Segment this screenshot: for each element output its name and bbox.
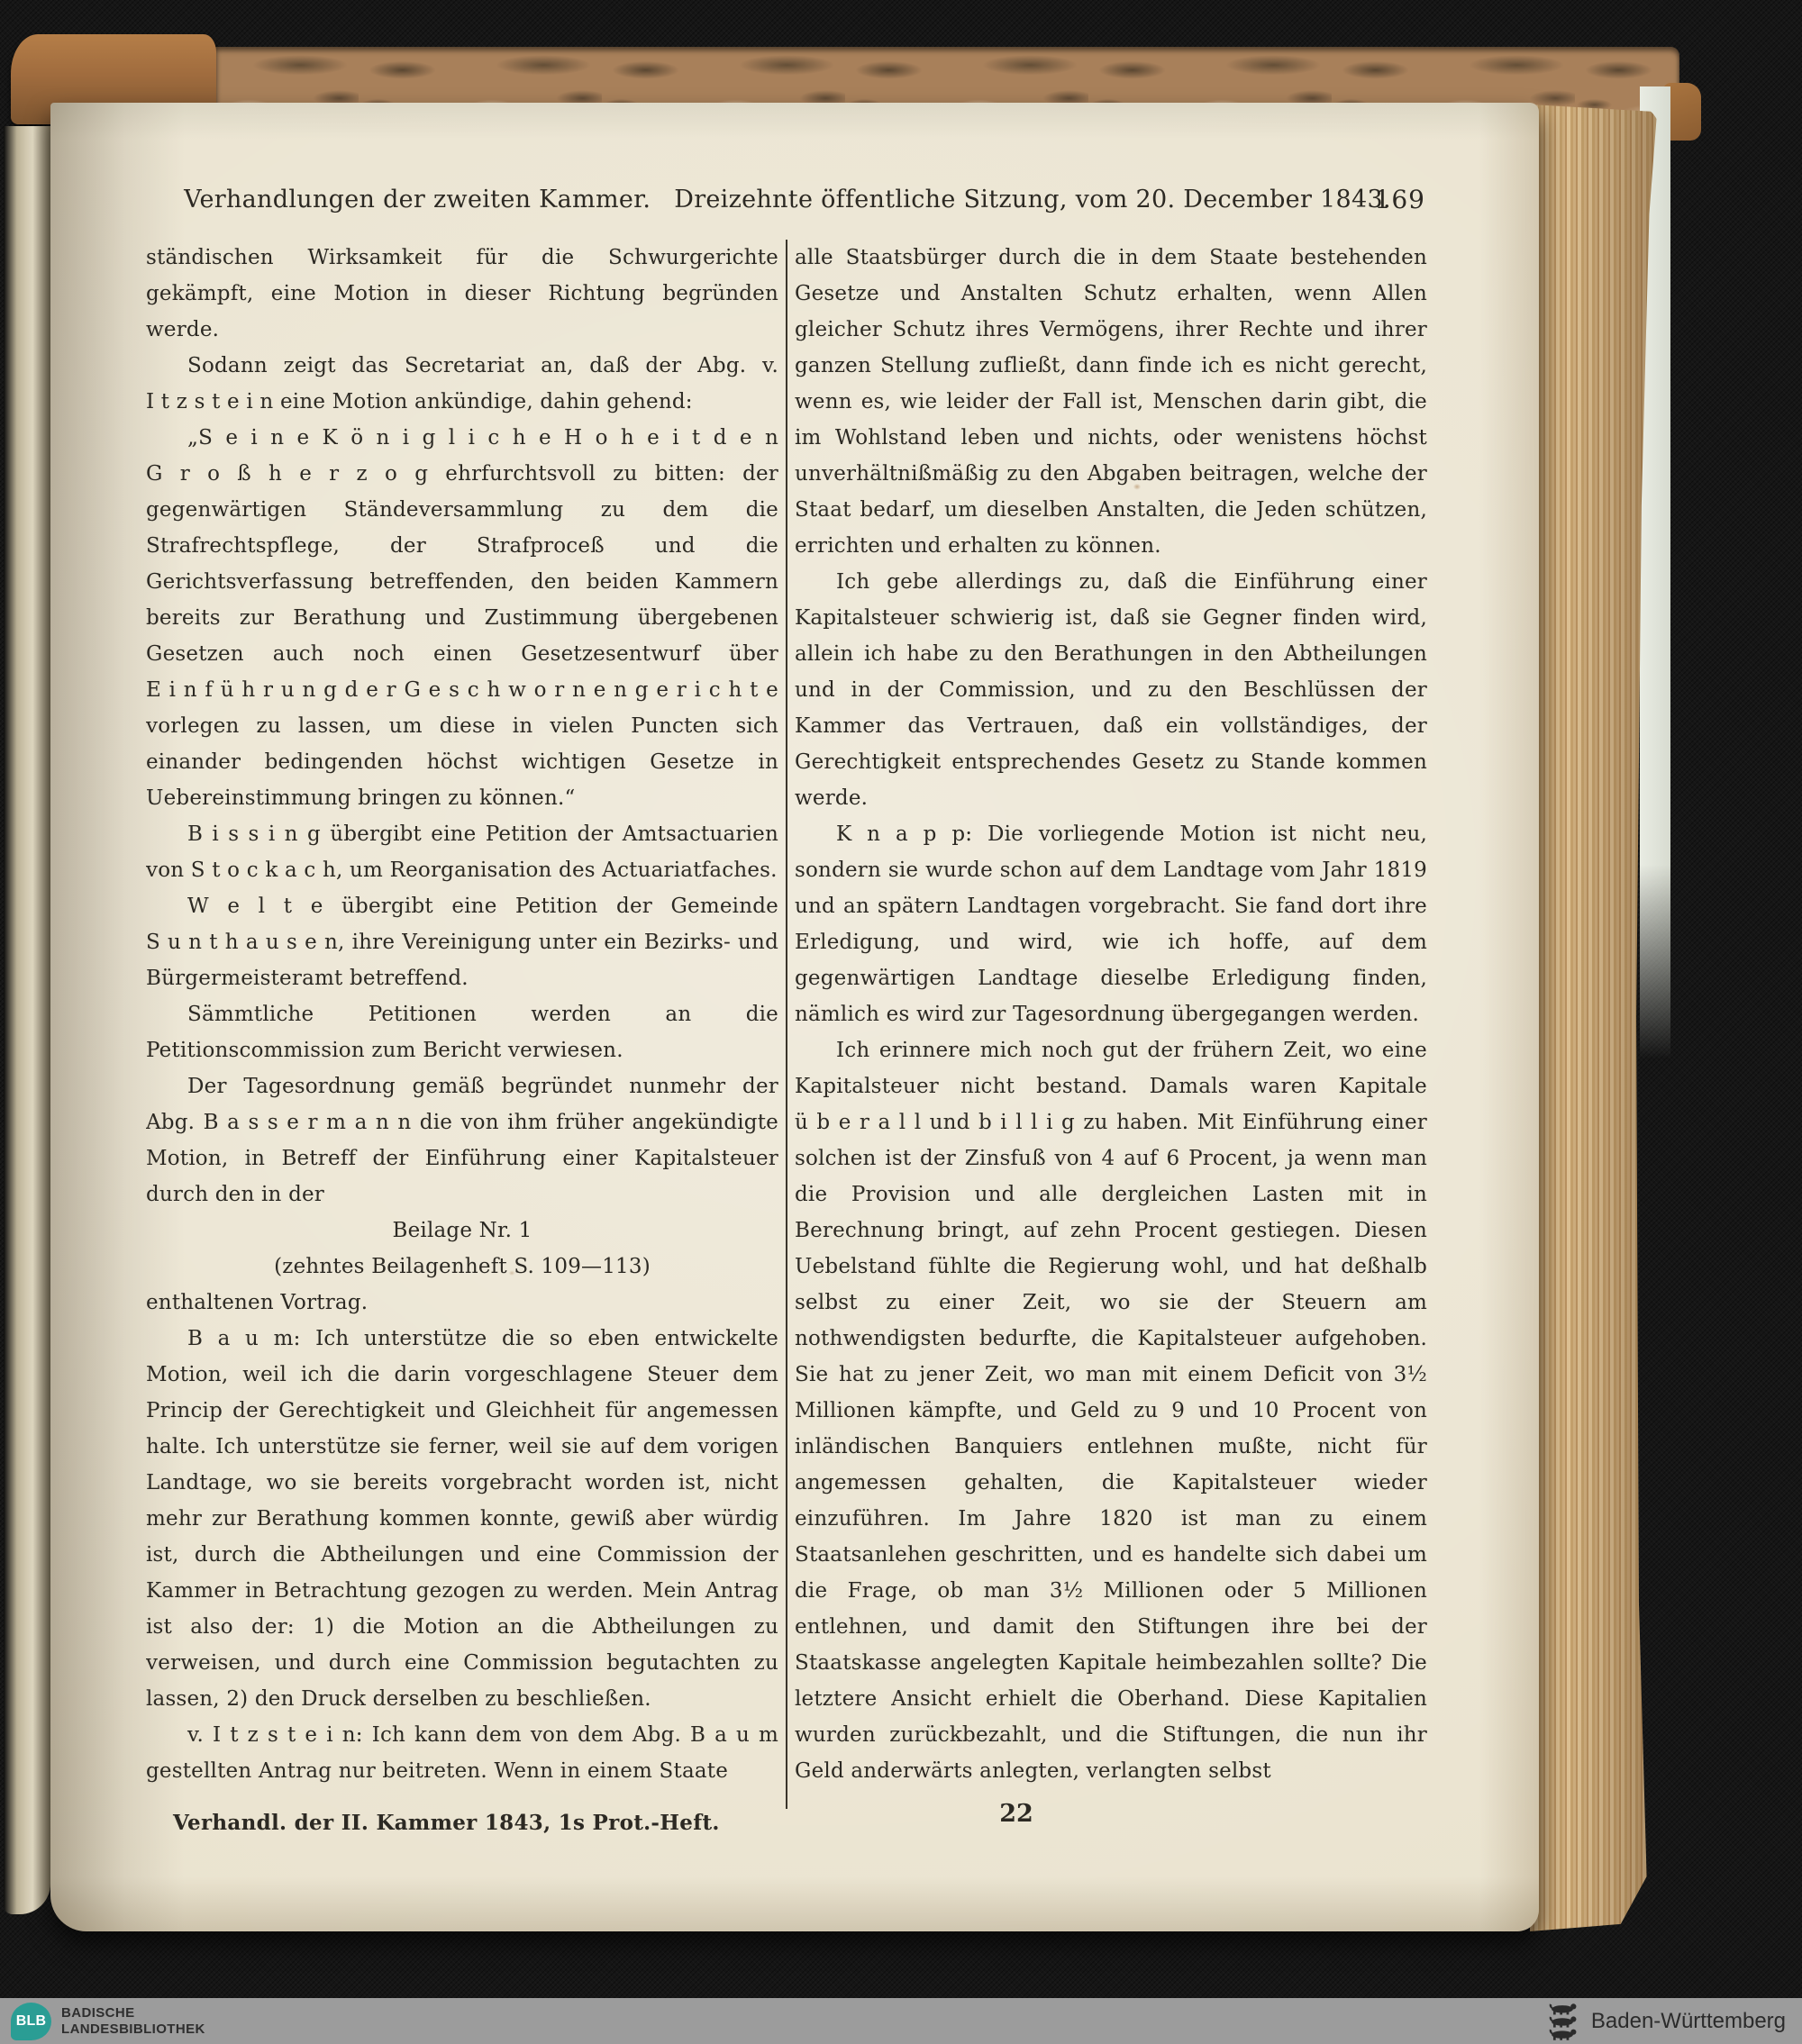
right-column: alle Staatsbürger durch die in dem Staat… (795, 240, 1427, 1809)
paragraph: v. I t z s t e i n: Ich kann dem von dem… (146, 1717, 778, 1789)
supplement-reference: (zehntes Beilagenheft S. 109—113) (146, 1249, 778, 1285)
running-header-session-title: Dreizehnte öffentliche Sitzung, vom 20. … (674, 186, 1391, 213)
running-header-work-title: Verhandlungen der zweiten Kammer. (184, 186, 651, 213)
viewer-footer-bar: BLB BADISCHE LANDESBIBLIOTHEK Baden (0, 1998, 1802, 2044)
state-name: Baden-Württemberg (1591, 2009, 1786, 2034)
sheet-signature-mark: 22 (987, 1800, 1045, 1828)
paragraph-quote: „S e i n e K ö n i g l i c h e H o h e i… (146, 420, 778, 816)
text-columns: ständischen Wirksamkeit für die Schwurge… (146, 240, 1429, 1809)
running-header: Verhandlungen der zweiten Kammer.Dreizeh… (146, 186, 1429, 213)
library-name: BADISCHE LANDESBIBLIOTHEK (61, 2005, 205, 2038)
left-column: ständischen Wirksamkeit für die Schwurge… (146, 240, 778, 1809)
book-cover-marbled-right (1667, 79, 1708, 1057)
paragraph: B i s s i n g übergibt eine Petition der… (146, 816, 778, 888)
paragraph: ständischen Wirksamkeit für die Schwurge… (146, 240, 778, 348)
library-name-line2: LANDESBIBLIOTHEK (61, 2021, 205, 2038)
scanned-page: Verhandlungen der zweiten Kammer.Dreizeh… (50, 103, 1539, 1931)
paragraph: Ich erinnere mich noch gut der frühern Z… (795, 1032, 1427, 1789)
paragraph: Sämmtliche Petitionen werden an die Peti… (146, 996, 778, 1068)
volume-footer-note: Verhandl. der II. Kammer 1843, 1s Prot.-… (173, 1811, 720, 1835)
paragraph: Der Tagesordnung gemäß begründet nunmehr… (146, 1068, 778, 1213)
paragraph: enthaltenen Vortrag. (146, 1285, 778, 1321)
paragraph: Ich gebe allerdings zu, daß die Einführu… (795, 564, 1427, 816)
supplement-heading: Beilage Nr. 1 (146, 1213, 778, 1249)
paragraph: K n a p p: Die vorliegende Motion ist ni… (795, 816, 1427, 1032)
blb-logo-icon: BLB (11, 2003, 51, 2040)
paragraph: alle Staatsbürger durch die in dem Staat… (795, 240, 1427, 564)
page-number: 169 (1375, 185, 1425, 214)
paragraph: W e l t e übergibt eine Petition der Gem… (146, 888, 778, 996)
paragraph: Sodann zeigt das Secretariat an, daß der… (146, 348, 778, 420)
column-divider-rule (786, 240, 787, 1809)
library-logo-link[interactable]: BLB BADISCHE LANDESBIBLIOTHEK (11, 2002, 205, 2040)
state-logo-link[interactable]: Baden-Württemberg (1545, 1998, 1786, 2044)
baden-wuerttemberg-coat-of-arms-icon (1545, 2003, 1579, 2040)
library-name-line1: BADISCHE (61, 2005, 205, 2021)
facing-page-edge (4, 126, 50, 1914)
paragraph: B a u m: Ich unterstütze die so eben ent… (146, 1321, 778, 1717)
